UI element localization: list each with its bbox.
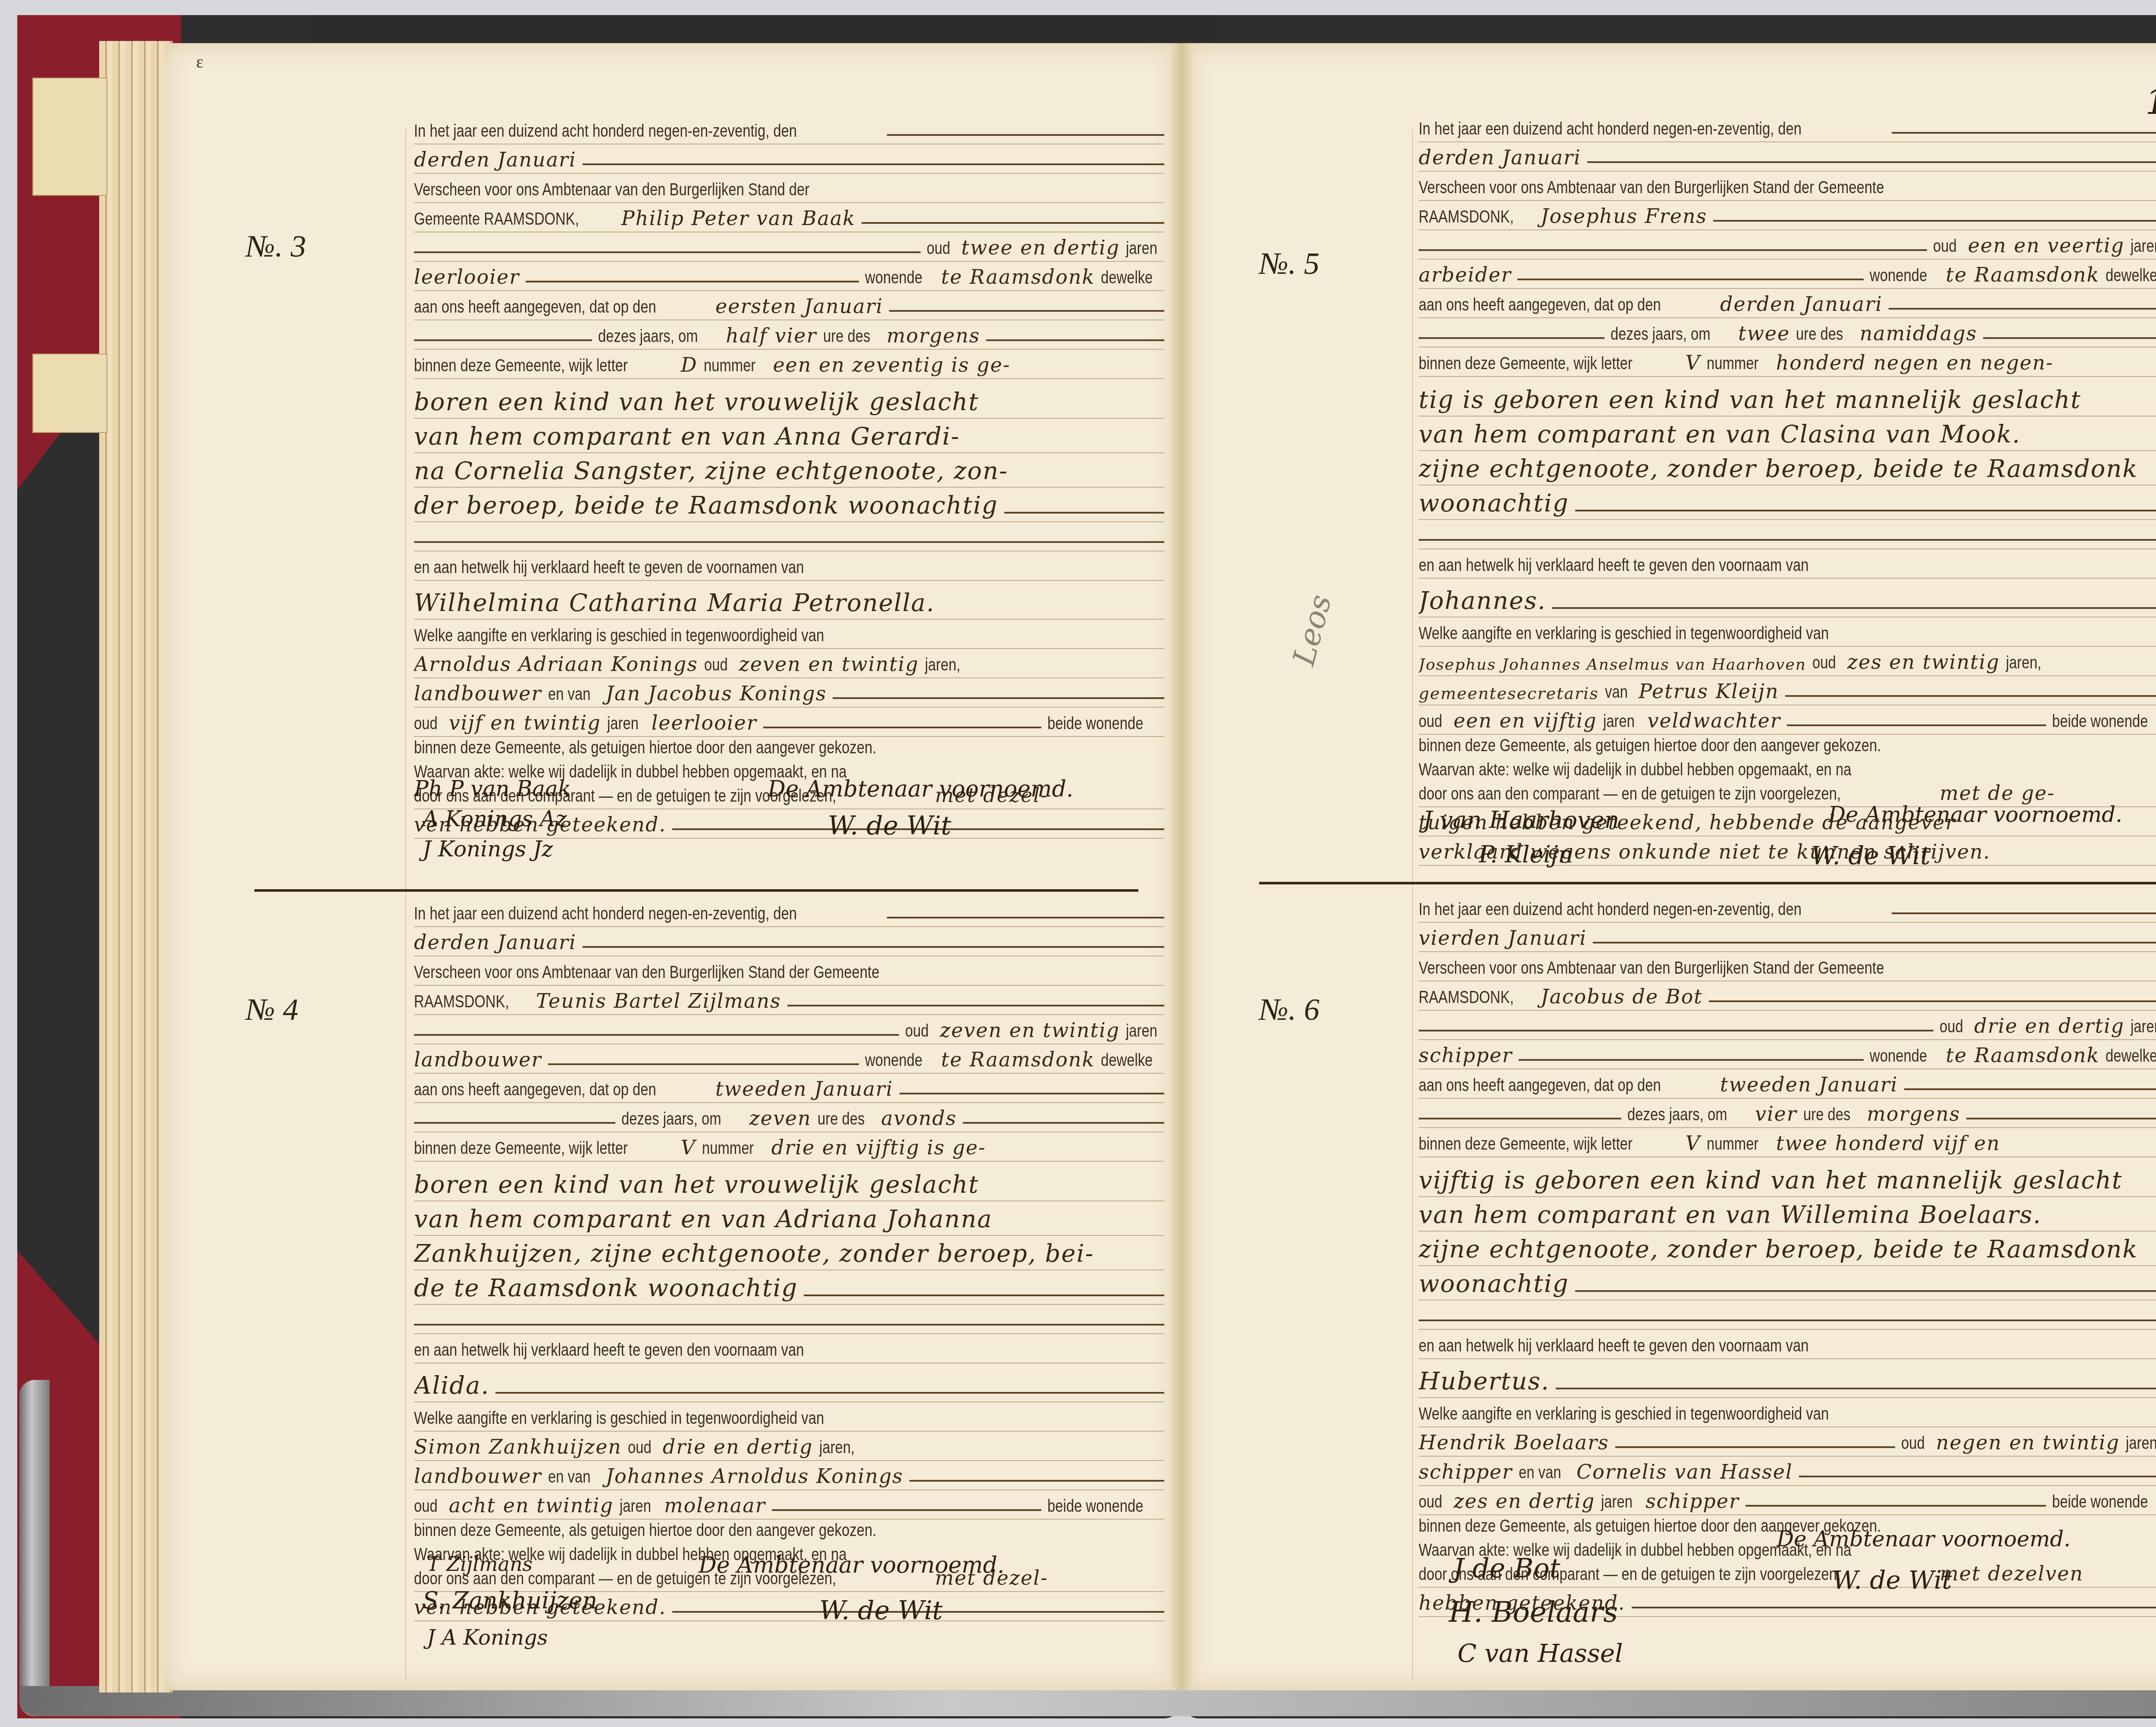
witness-1-name: Simon Zankhuijzen [414, 1435, 622, 1460]
house-number: twee honderd vijf en [1776, 1131, 2000, 1157]
printed-text: oud [1940, 1017, 1963, 1039]
witness-2-name: Johannes Arnoldus Konings [606, 1464, 903, 1489]
handwritten-text: woonachtig [1419, 489, 1569, 519]
mother-name: van hem comparant en van Clasina van Moo… [1419, 420, 2021, 450]
right-margin-rule [1412, 129, 1413, 1682]
father-age: drie en dertig [1974, 1014, 2125, 1039]
printed-text: oud [1812, 653, 1836, 675]
printed-text: jaren, [2126, 1434, 2156, 1456]
printed-text: dewelke [1101, 1051, 1153, 1073]
father-age: zeven en twintig [940, 1019, 1120, 1044]
witness-2-name: Cornelis van Hassel [1576, 1460, 1793, 1485]
signature-witness-2: C van Hassel [1457, 1639, 1623, 1668]
birth-hour: zeven [749, 1106, 811, 1131]
signature-witness-2: J A Konings [427, 1626, 548, 1650]
official-signature: W. de Wit [819, 1595, 943, 1626]
printed-text: ure des [818, 1110, 865, 1131]
time-of-day: morgens [887, 324, 980, 349]
handwritten-text: tig is geboren een kind van het mannelij… [1419, 386, 2081, 416]
birth-hour: twee [1738, 322, 1790, 347]
official-title: De Ambtenaar voornoemd. [768, 776, 1073, 802]
printed-text: ure des [1796, 325, 1843, 347]
handwritten-text: de te Raamsdonk woonachtig [414, 1274, 798, 1304]
printed-text: Welke aangifte en verklaring is geschied… [414, 1409, 824, 1431]
birth-entry-left-1: In het jaar een duizend acht honderd neg… [414, 114, 1164, 882]
residence: te Raamsdonk [1946, 1044, 2100, 1069]
witness-1-occupation: landbouwer [414, 682, 542, 707]
signature-declarant: T Zijlmans [427, 1552, 533, 1576]
handwritten-text: boren een kind van het vrouwelijk geslac… [414, 388, 979, 418]
printed-text: dezes jaars, om [621, 1110, 721, 1131]
printed-text: jaren, [925, 655, 960, 677]
residence: te Raamsdonk [1946, 263, 2100, 288]
entry-number: №. 3 [246, 229, 306, 264]
father-occupation: leerlooier [414, 265, 520, 290]
residence: te Raamsdonk [941, 1048, 1095, 1073]
printed-text: binnen deze Gemeente, wijk letter [414, 1139, 628, 1161]
printed-text: RAAMSDONK, [1419, 988, 1514, 1010]
house-number: honderd negen en negen- [1776, 351, 2054, 376]
child-given-names: Alida. [414, 1372, 489, 1401]
witness-1-name: Arnoldus Adriaan Konings [414, 652, 698, 677]
house-number: drie en vijftig is ge- [771, 1136, 986, 1161]
witness-1-name: Josephus Johannes Anselmus van Haarhoven [1419, 656, 1806, 675]
left-margin-rule [405, 129, 406, 1682]
printed-text: In het jaar een duizend acht honderd neg… [414, 122, 797, 144]
handwritten-date: vierden Januari [1419, 926, 1587, 951]
printed-text: wonende [865, 268, 922, 290]
father-age: een en veertig [1968, 234, 2125, 259]
mother-name: van hem comparant en van Anna Gerardi- [414, 423, 960, 452]
birth-date: tweeden Januari [1720, 1073, 1898, 1098]
witness-1-age: zes en twintig [1847, 650, 2000, 675]
printed-text: binnen deze Gemeente, wijk letter [1419, 1135, 1633, 1157]
printed-text: en van [548, 685, 590, 707]
printed-text: binnen deze Gemeente, wijk letter [414, 356, 628, 378]
printed-text: aan ons heeft aangegeven, dat op den [1419, 295, 1661, 317]
father-occupation: landbouwer [414, 1048, 542, 1073]
printed-text: jaren [1126, 239, 1157, 261]
entry-separator-left [254, 889, 1138, 892]
printed-text: en aan hetwelk hij verklaard heeft te ge… [414, 1341, 804, 1363]
printed-text: oud [628, 1438, 652, 1460]
handwritten-text: zijne echtgenoote, zonder beroep, beide … [1419, 455, 2138, 485]
handwritten-date: derden Januari [414, 931, 577, 956]
handwritten-text: vijftig is geboren een kind van het mann… [1419, 1166, 2122, 1196]
printed-text: en aan hetwelk hij verklaard heeft te ge… [1419, 1336, 1808, 1358]
printed-text: oud [927, 239, 950, 261]
signature-witness-2: P. Kleijn [1479, 841, 1573, 868]
printed-text: en van [1519, 1463, 1561, 1485]
signature-witness-1: J van Haarhoven [1423, 806, 1619, 834]
ward-letter: V [1686, 1131, 1701, 1157]
printed-text: van [1605, 683, 1628, 705]
printed-text: RAAMSDONK, [1419, 207, 1514, 229]
birth-date: eersten Januari [715, 295, 883, 320]
house-number: een en zeventig is ge- [773, 353, 1010, 378]
printed-text: jaren [2131, 1017, 2156, 1039]
time-of-day: namiddags [1860, 322, 1977, 347]
handwritten-text: der beroep, beide te Raamsdonk woonachti… [414, 492, 998, 521]
time-of-day: avonds [881, 1106, 957, 1131]
witness-1-age: negen en twintig [1936, 1431, 2120, 1456]
printed-text: Verscheen voor ons Ambtenaar van den Bur… [1419, 959, 1884, 981]
entry-separator-right [1259, 882, 2156, 884]
printed-text: jaren [1126, 1022, 1157, 1044]
printed-text: Verscheen voor ons Ambtenaar van den Bur… [414, 963, 879, 985]
printed-text: en van [548, 1467, 590, 1489]
spine-headband [310, 15, 1216, 41]
printed-text: wonende [1870, 1047, 1927, 1069]
birth-date: tweeden Januari [715, 1077, 893, 1102]
official-title: De Ambtenaar voornoemd. [699, 1552, 1004, 1578]
handwritten-text: na Cornelia Sangster, zijne echtgenoote,… [414, 457, 1008, 487]
signature-witness-1: A Konings Az [423, 806, 567, 831]
printed-text: Verscheen voor ons Ambtenaar van den Bur… [414, 180, 809, 202]
printed-text: nummer [1707, 354, 1758, 376]
signature-witness-1: S. Zankhuijzen [423, 1587, 597, 1614]
printed-text: Gemeente RAAMSDONK, [414, 210, 579, 232]
handwritten-text: woonachtig [1419, 1270, 1569, 1300]
metal-edge-left [19, 1380, 50, 1716]
father-occupation: arbeider [1419, 263, 1511, 288]
printed-text: oud [1901, 1434, 1925, 1456]
page-edges-left [99, 41, 172, 1693]
printed-text: oud [1933, 237, 1957, 259]
father-name: Josephus Frens [1541, 204, 1707, 229]
printed-text: dezes jaars, om [598, 327, 698, 349]
printed-text: door ons aan den comparant — en de getui… [1419, 784, 1841, 806]
printed-text: ure des [823, 327, 870, 349]
father-name: Teunis Bartel Zijlmans [536, 989, 781, 1014]
printed-text: aan ons heeft aangegeven, dat op den [414, 298, 656, 320]
printed-text: Welke aangifte en verklaring is geschied… [1419, 624, 1829, 646]
father-occupation: schipper [1419, 1044, 1513, 1069]
mother-name: van hem comparant en van Willemina Boela… [1419, 1201, 2042, 1231]
father-name: Jacobus de Bot [1541, 985, 1703, 1010]
child-given-names: Johannes. [1419, 587, 1546, 617]
printed-text: wonende [1870, 266, 1927, 288]
handwritten-text: zijne echtgenoote, zonder beroep, beide … [1419, 1235, 2138, 1265]
entry-number: №. 6 [1259, 992, 1319, 1028]
official-signature: W. de Wit [828, 811, 951, 841]
birth-date: derden Januari [1720, 292, 1883, 317]
time-of-day: morgens [1867, 1102, 1960, 1127]
printed-text: binnen deze Gemeente, wijk letter [1419, 354, 1633, 376]
witness-1-occupation: schipper [1419, 1460, 1513, 1485]
mother-name: van hem comparant en van Adriana Johanna [414, 1205, 993, 1235]
book-gutter [1171, 43, 1192, 1690]
birth-hour: vier [1755, 1102, 1797, 1127]
printed-text: aan ons heeft aangegeven, dat op den [414, 1080, 656, 1102]
printed-text: dewelke [1101, 268, 1153, 290]
printed-text: In het jaar een duizend acht honderd neg… [414, 904, 797, 926]
child-given-names: Hubertus. [1419, 1367, 1550, 1397]
official-title: De Ambtenaar voornoemd. [1828, 802, 2122, 827]
printed-text: jaren [2131, 237, 2156, 259]
child-given-names: Wilhelmina Catharina Maria Petronella. [414, 589, 935, 619]
printed-text: nummer [702, 1139, 754, 1161]
ward-letter: V [1686, 351, 1701, 376]
official-signature: W. de Wit [1833, 1565, 1952, 1595]
signature-witness-1: H. Boelaars [1449, 1595, 1618, 1629]
witness-1-name: Hendrik Boelaars [1419, 1431, 1609, 1456]
handwritten-date: derden Januari [1419, 146, 1581, 171]
printed-text: ure des [1803, 1105, 1850, 1127]
printed-text: In het jaar een duizend acht honderd neg… [1419, 119, 1802, 141]
witness-2-name: Jan Jacobus Konings [606, 682, 827, 707]
signature-declarant: J de Bot [1453, 1552, 1560, 1584]
official-title: De Ambtenaar voornoemd. [1777, 1526, 2071, 1551]
printed-text: oud [905, 1022, 929, 1044]
witness-2-name: Petrus Kleijn [1639, 680, 1779, 705]
printed-text: en aan hetwelk hij verklaard heeft te ge… [414, 558, 804, 580]
metal-edge-bottom [19, 1686, 2156, 1716]
signature-declarant: Ph P van Baak [414, 776, 571, 801]
residence: te Raamsdonk [941, 265, 1095, 290]
father-name: Philip Peter van Baak [621, 207, 856, 232]
printed-text: Verscheen voor ons Ambtenaar van den Bur… [1419, 178, 1884, 200]
handwritten-text: boren een kind van het vrouwelijk geslac… [414, 1171, 979, 1200]
ward-letter: V [681, 1136, 696, 1161]
handwritten-text: Zankhuijzen, zijne echtgenoote, zonder b… [414, 1240, 1094, 1269]
official-signature: W. de Wit [1811, 841, 1930, 870]
witness-1-occupation: landbouwer [414, 1464, 542, 1489]
printed-text: Welke aangifte en verklaring is geschied… [414, 626, 824, 648]
printed-text: dewelke [2106, 1047, 2156, 1069]
witness-1-age: drie en dertig [663, 1435, 813, 1460]
printed-text: dezes jaars, om [1627, 1105, 1727, 1127]
witness-1-age: zeven en twintig [739, 652, 919, 677]
handwritten-text: met dezelven [1940, 1562, 2084, 1587]
printed-text: oud [704, 655, 728, 677]
printed-text: jaren, [819, 1438, 855, 1460]
printed-text: wonende [865, 1051, 922, 1073]
entry-number: №. 5 [1259, 246, 1319, 282]
left-page-number: ɛ [196, 52, 204, 72]
printed-text: RAAMSDONK, [414, 992, 509, 1014]
printed-text: In het jaar een duizend acht honderd neg… [1419, 900, 1802, 922]
printed-text: jaren, [2006, 653, 2041, 675]
entry-number: № 4 [246, 992, 298, 1028]
birth-entry-right-1: In het jaar een duizend acht honderd neg… [1419, 112, 2156, 880]
ward-letter: D [681, 353, 698, 378]
paper-tab-left-2[interactable] [32, 354, 107, 433]
printed-text: nummer [1707, 1135, 1758, 1157]
printed-text: nummer [704, 356, 755, 378]
printed-text: aan ons heeft aangegeven, dat op den [1419, 1076, 1661, 1098]
printed-text: en aan hetwelk hij verklaard heeft te ge… [1419, 556, 1808, 578]
father-age: twee en dertig [961, 236, 1120, 261]
witness-1-occupation: gemeentesecretaris [1419, 684, 1599, 705]
handwritten-date: derden Januari [414, 148, 577, 173]
printed-text: dezes jaars, om [1611, 325, 1711, 347]
birth-hour: half vier [726, 324, 817, 349]
paper-tab-left-1[interactable] [32, 78, 107, 196]
printed-text: dewelke [2106, 266, 2156, 288]
signature-witness-2: J Konings Jz [423, 837, 553, 862]
printed-text: Welke aangifte en verklaring is geschied… [1419, 1404, 1829, 1426]
